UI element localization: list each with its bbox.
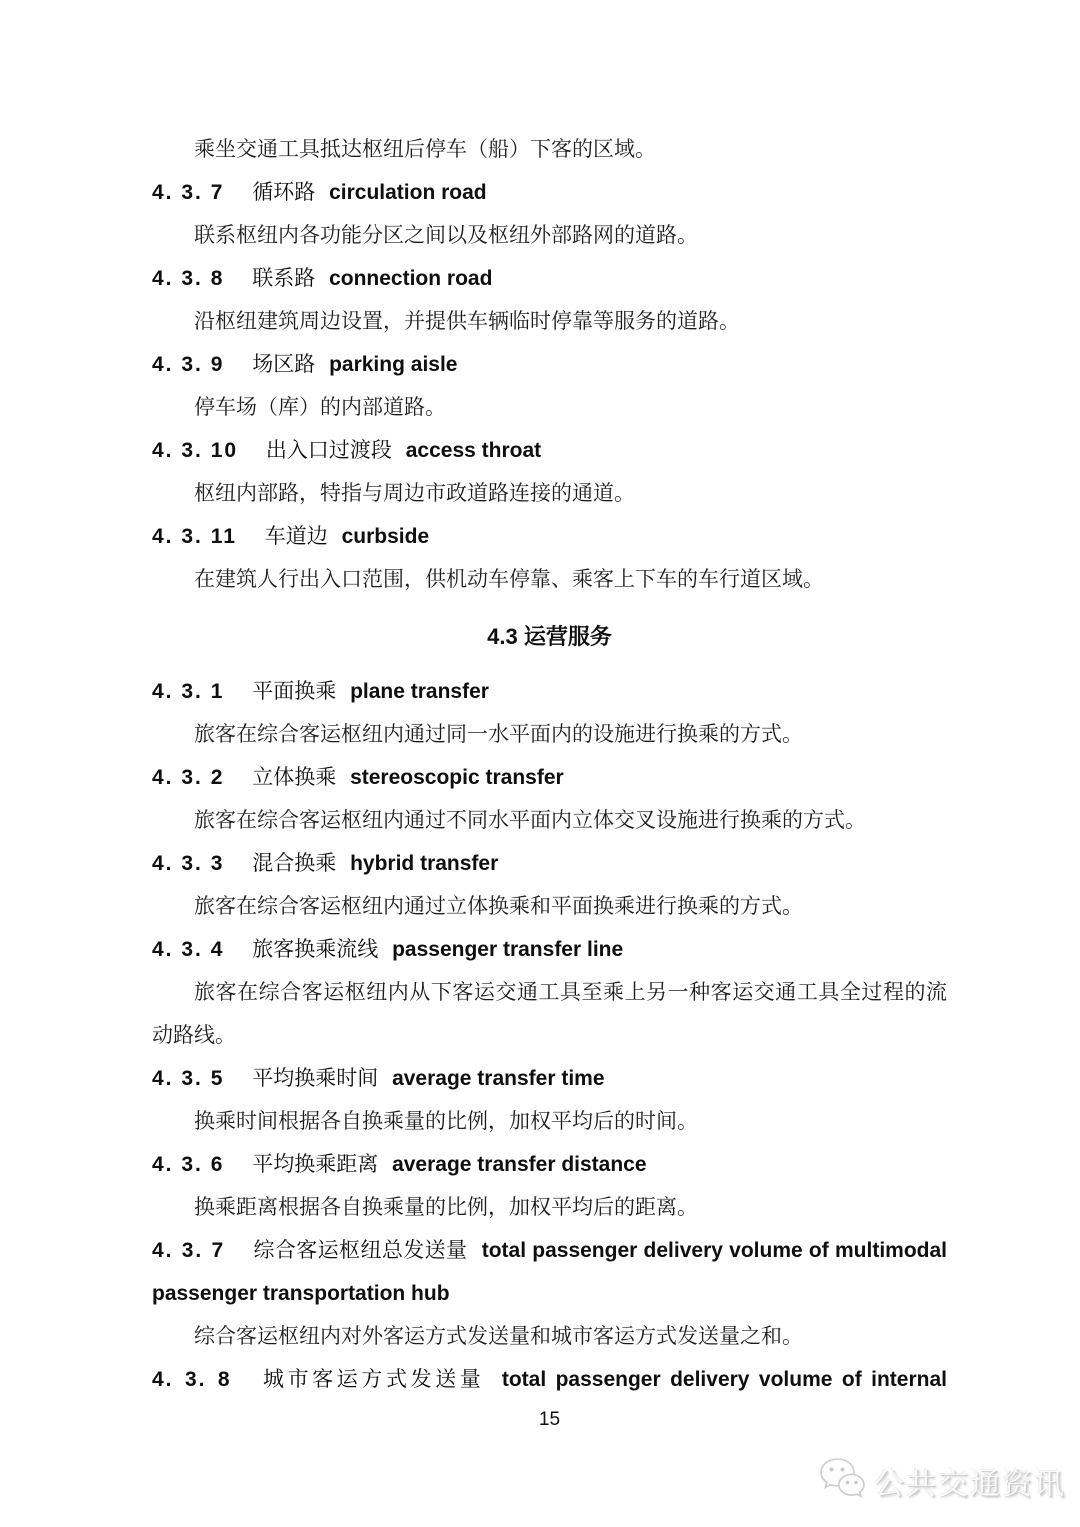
term-en: hybrid transfer bbox=[350, 852, 498, 875]
term-zh: 循环路 bbox=[252, 180, 315, 204]
page-content: 乘坐交通工具抵达枢纽后停车（船）下客的区域。 4. 3. 7 循环路 circu… bbox=[152, 128, 947, 1431]
term-zh: 车道边 bbox=[265, 524, 328, 548]
term-zh: 平面换乘 bbox=[252, 679, 336, 703]
page-number: 15 bbox=[152, 1409, 947, 1431]
term-zh: 综合客运枢纽总发送量 bbox=[253, 1238, 467, 1262]
term-zh: 联系路 bbox=[252, 266, 315, 290]
definition-paragraph: 乘坐交通工具抵达枢纽后停车（船）下客的区域。 bbox=[152, 128, 947, 171]
term-number: 4. 3. 4 bbox=[152, 938, 224, 961]
wechat-icon bbox=[817, 1456, 865, 1505]
term-zh: 城市客运方式发送量 bbox=[263, 1367, 484, 1391]
term-en: average transfer time bbox=[392, 1067, 604, 1090]
watermark-text: 公共交通资讯 bbox=[874, 1459, 1066, 1503]
term-entry: 4. 3. 9 场区路 parking aisle bbox=[152, 343, 947, 386]
term-number: 4. 3. 1 bbox=[152, 680, 224, 703]
definition-paragraph: 枢纽内部路，特指与周边市政道路连接的通道。 bbox=[152, 472, 947, 515]
term-zh: 出入口过渡段 bbox=[266, 438, 392, 462]
term-en: passenger transfer line bbox=[392, 938, 623, 961]
definition-paragraph: 联系枢纽内各功能分区之间以及枢纽外部路网的道路。 bbox=[152, 214, 947, 257]
term-entry: 4. 3. 10 出入口过渡段 access throat bbox=[152, 429, 947, 472]
term-zh: 立体换乘 bbox=[252, 765, 336, 789]
term-en: average transfer distance bbox=[392, 1153, 646, 1176]
term-en: curbside bbox=[342, 525, 430, 548]
term-en: total passenger delivery volume of inter… bbox=[502, 1368, 947, 1391]
term-number: 4. 3. 11 bbox=[152, 525, 237, 548]
term-number: 4. 3. 7 bbox=[152, 1239, 225, 1262]
term-en: parking aisle bbox=[329, 353, 457, 376]
term-number: 4. 3. 9 bbox=[152, 353, 224, 376]
definition-paragraph: 综合客运枢纽内对外客运方式发送量和城市客运方式发送量之和。 bbox=[152, 1315, 947, 1358]
definition-paragraph: 换乘时间根据各自换乘量的比例，加权平均后的时间。 bbox=[152, 1100, 947, 1143]
definition-paragraph: 旅客在综合客运枢纽内通过立体换乘和平面换乘进行换乘的方式。 bbox=[152, 885, 947, 928]
definition-paragraph: 沿枢纽建筑周边设置，并提供车辆临时停靠等服务的道路。 bbox=[152, 300, 947, 343]
term-entry: 4. 3. 8 联系路 connection road bbox=[152, 257, 947, 300]
term-entry: 4. 3. 3 混合换乘 hybrid transfer bbox=[152, 842, 947, 885]
term-entry: 4. 3. 11 车道边 curbside bbox=[152, 515, 947, 558]
term-zh: 平均换乘距离 bbox=[252, 1152, 378, 1176]
term-entry: 4. 3. 8 城市客运方式发送量 total passenger delive… bbox=[152, 1358, 947, 1401]
term-entry: 4. 3. 2 立体换乘 stereoscopic transfer bbox=[152, 756, 947, 799]
definition-paragraph: 停车场（库）的内部道路。 bbox=[152, 386, 947, 429]
term-number: 4. 3. 7 bbox=[152, 181, 224, 204]
term-number: 4. 3. 2 bbox=[152, 766, 224, 789]
term-number: 4. 3. 3 bbox=[152, 852, 224, 875]
term-zh: 场区路 bbox=[252, 352, 315, 376]
term-number: 4. 3. 5 bbox=[152, 1067, 224, 1090]
definition-paragraph: 在建筑人行出入口范围，供机动车停靠、乘客上下车的车行道区域。 bbox=[152, 558, 947, 601]
term-number: 4. 3. 10 bbox=[152, 439, 238, 462]
definition-paragraph: 旅客在综合客运枢纽内通过不同水平面内立体交叉设施进行换乘的方式。 bbox=[152, 799, 947, 842]
term-number: 4. 3. 8 bbox=[152, 1368, 232, 1391]
definition-paragraph: 旅客在综合客运枢纽内通过同一水平面内的设施进行换乘的方式。 bbox=[152, 713, 947, 756]
term-en: stereoscopic transfer bbox=[350, 766, 564, 789]
section-heading: 4.3 运营服务 bbox=[152, 615, 947, 658]
term-number: 4. 3. 6 bbox=[152, 1153, 224, 1176]
term-zh: 平均换乘时间 bbox=[252, 1066, 378, 1090]
term-entry: 4. 3. 7 综合客运枢纽总发送量 total passenger deliv… bbox=[152, 1229, 947, 1315]
term-entry: 4. 3. 7 循环路 circulation road bbox=[152, 171, 947, 214]
term-zh: 旅客换乘流线 bbox=[252, 937, 378, 961]
term-entry: 4. 3. 5 平均换乘时间 average transfer time bbox=[152, 1057, 947, 1100]
term-entry: 4. 3. 4 旅客换乘流线 passenger transfer line bbox=[152, 928, 947, 971]
term-en: circulation road bbox=[329, 181, 487, 204]
term-entry: 4. 3. 1 平面换乘 plane transfer bbox=[152, 670, 947, 713]
term-entry: 4. 3. 6 平均换乘距离 average transfer distance bbox=[152, 1143, 947, 1186]
term-zh: 混合换乘 bbox=[252, 851, 336, 875]
term-en: connection road bbox=[329, 267, 492, 290]
definition-paragraph: 旅客在综合客运枢纽内从下客运交通工具至乘上另一种客运交通工具全过程的流动路线。 bbox=[152, 971, 947, 1057]
term-number: 4. 3. 8 bbox=[152, 267, 224, 290]
definition-paragraph: 换乘距离根据各自换乘量的比例，加权平均后的距离。 bbox=[152, 1186, 947, 1229]
footer-watermark: 公共交通资讯 bbox=[817, 1456, 1066, 1505]
term-en: access throat bbox=[406, 439, 541, 462]
term-en: plane transfer bbox=[350, 680, 489, 703]
document-page: 乘坐交通工具抵达枢纽后停车（船）下客的区域。 4. 3. 7 循环路 circu… bbox=[0, 0, 1080, 1527]
